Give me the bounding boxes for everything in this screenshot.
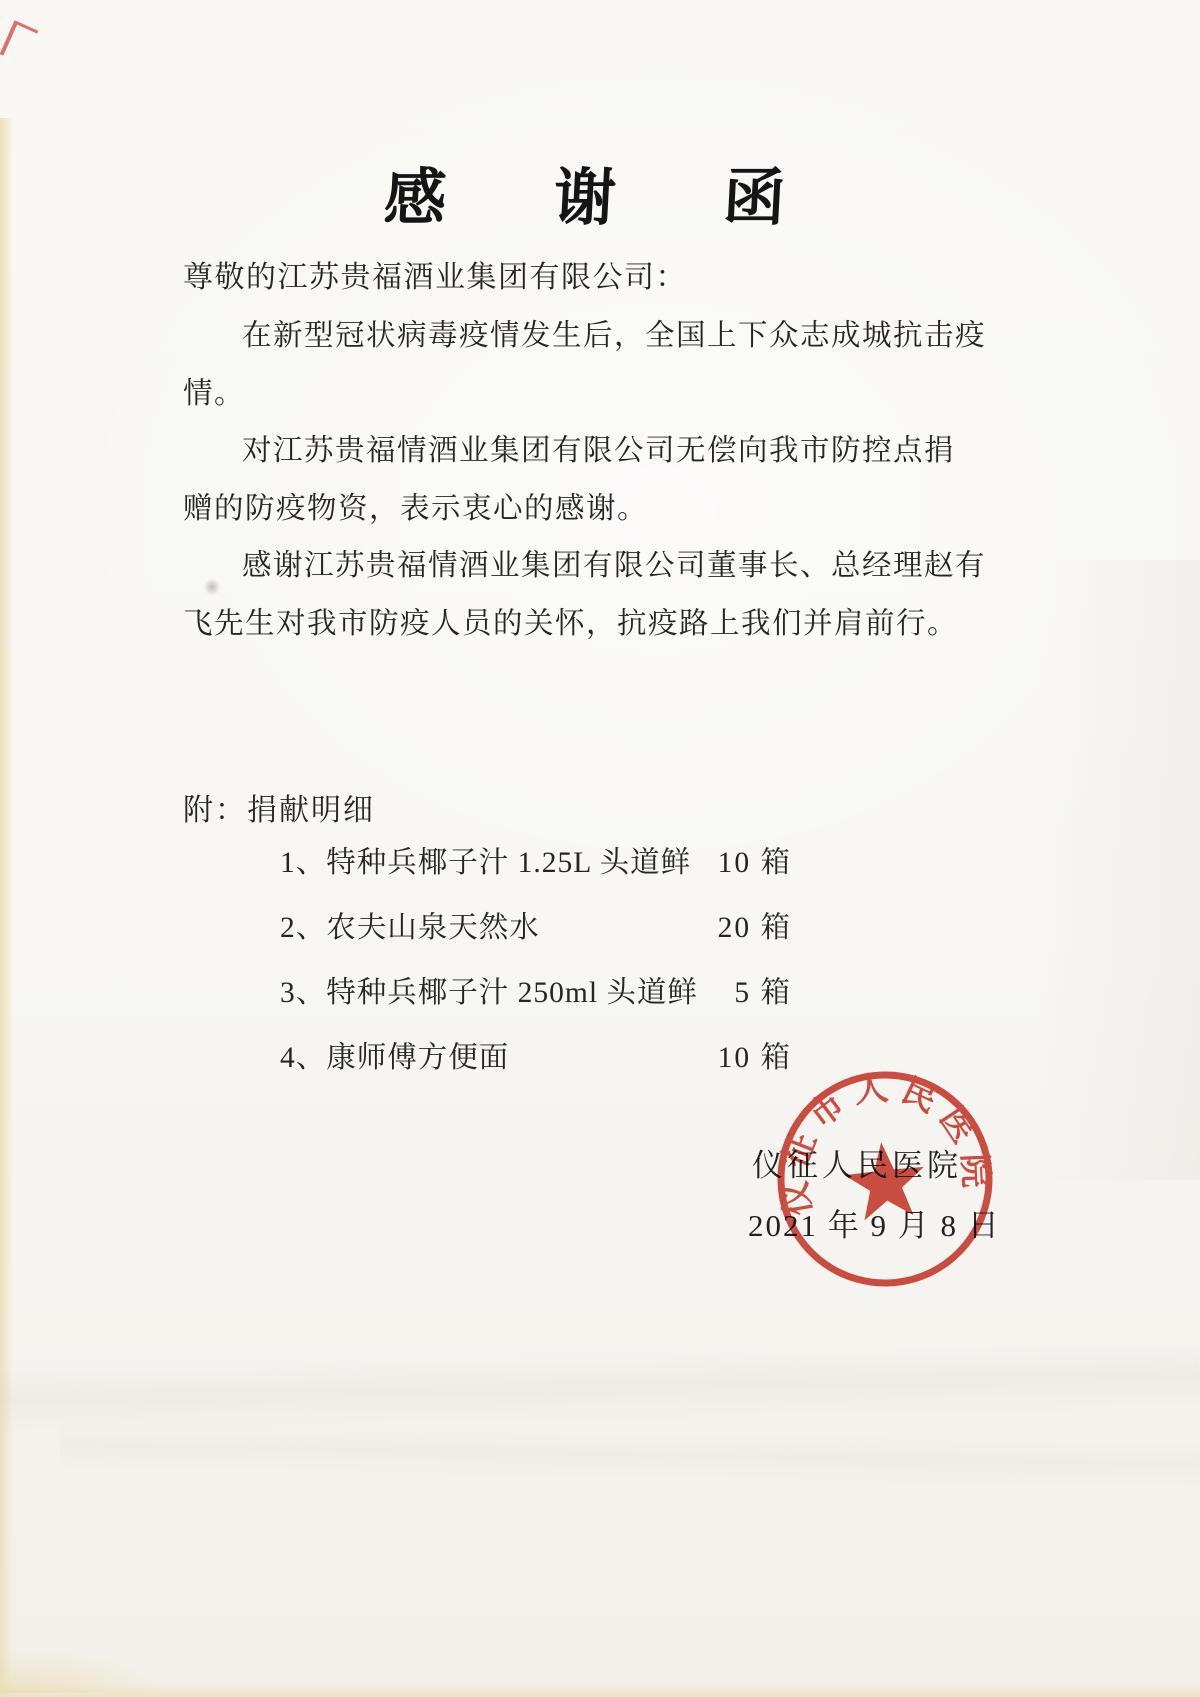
donation-item-row: 3、特种兵椰子汁 250ml 头道鲜5 箱 xyxy=(280,970,900,1035)
letter-body: 在新型冠状病毒疫情发生后，全国上下众志成城抗击疫情。对江苏贵福情酒业集团有限公司… xyxy=(183,308,983,653)
item-quantity: 20 箱 xyxy=(708,905,792,951)
hospital-seal: 仪征市人民医院 xyxy=(761,1055,1009,1303)
body-line: 飞先生对我市防疫人员的关怀，抗疫路上我们并肩前行。 xyxy=(183,596,983,654)
scan-edge-bottom-left-patch xyxy=(0,1647,170,1693)
item-name: 特种兵椰子汁 1.25L 头道鲜 xyxy=(326,847,691,879)
scan-edge-bottom-strip xyxy=(0,1683,1200,1697)
scan-shade-right xyxy=(1040,560,1200,1180)
scanned-letter-page: 感 谢 函 尊敬的江苏贵福酒业集团有限公司： 在新型冠状病毒疫情发生后，全国上下… xyxy=(0,0,1200,1697)
item-quantity: 10 箱 xyxy=(708,840,792,886)
item-index: 3、 xyxy=(280,977,326,1009)
item-index: 4、 xyxy=(280,1042,326,1074)
donation-list: 1、特种兵椰子汁 1.25L 头道鲜10 箱2、农夫山泉天然水20 箱3、特种兵… xyxy=(280,840,900,1100)
item-quantity: 5 箱 xyxy=(708,970,792,1016)
seal-star xyxy=(841,1138,928,1222)
scan-edge-left-strip xyxy=(0,118,13,1697)
attachment-label: 附：捐献明细 xyxy=(183,785,375,829)
body-line: 情。 xyxy=(183,366,983,424)
body-line: 在新型冠状病毒疫情发生后，全国上下众志成城抗击疫 xyxy=(183,308,983,366)
paper-crease-shadow xyxy=(60,1420,1200,1490)
item-index: 2、 xyxy=(280,912,326,944)
item-name: 特种兵椰子汁 250ml 头道鲜 xyxy=(326,977,698,1009)
donation-item-row: 1、特种兵椰子汁 1.25L 头道鲜10 箱 xyxy=(280,840,900,905)
item-name: 农夫山泉天然水 xyxy=(326,912,540,944)
body-line: 赠的防疫物资，表示衷心的感谢。 xyxy=(183,481,983,539)
body-line: 感谢江苏贵福情酒业集团有限公司董事长、总经理赵有 xyxy=(183,538,983,596)
salutation: 尊敬的江苏贵福酒业集团有限公司： xyxy=(183,252,687,296)
letter-title: 感 谢 函 xyxy=(0,148,1172,237)
red-corner-mark xyxy=(0,20,38,64)
item-quantity: 10 箱 xyxy=(708,1035,792,1081)
item-index: 1、 xyxy=(280,847,326,879)
item-name: 康师傅方便面 xyxy=(326,1042,509,1074)
body-line: 对江苏贵福情酒业集团有限公司无偿向我市防控点捐 xyxy=(183,423,983,481)
donation-item-row: 2、农夫山泉天然水20 箱 xyxy=(280,905,900,970)
